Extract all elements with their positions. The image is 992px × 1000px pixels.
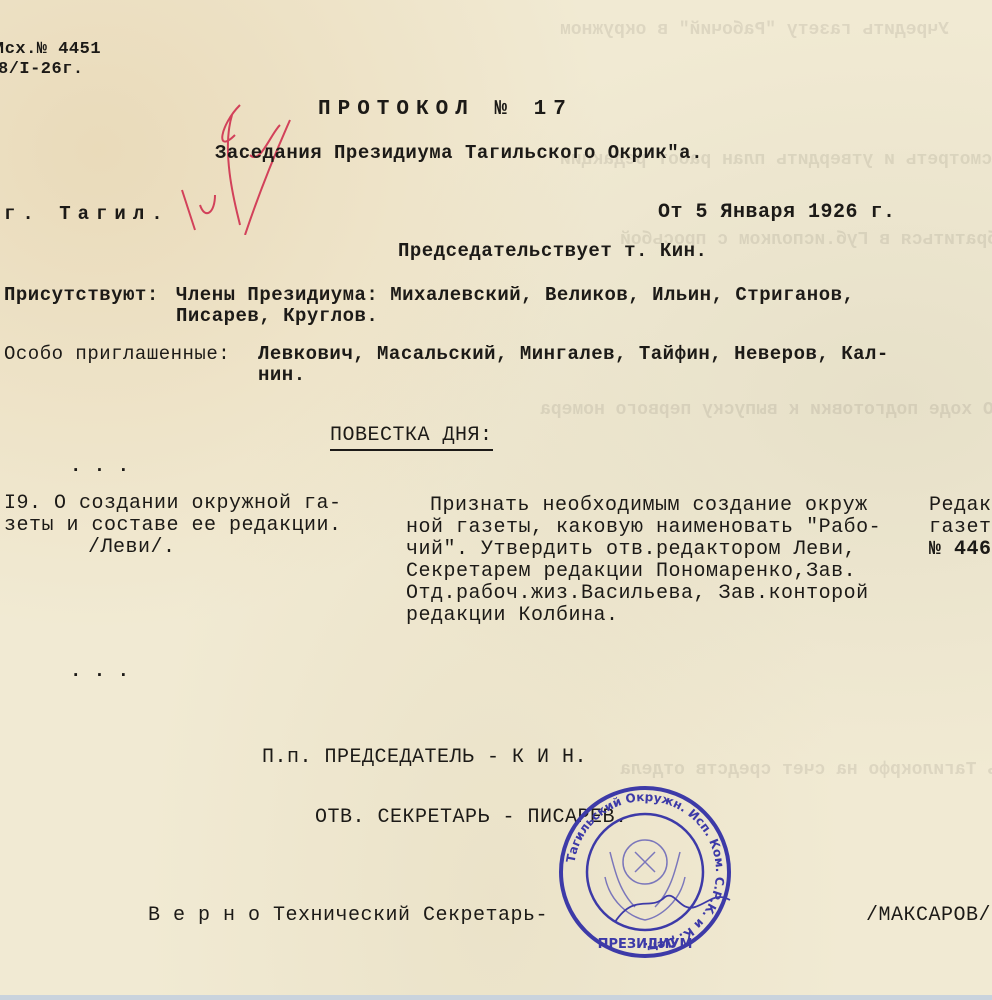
invited-label: Особо приглашенные: — [4, 343, 230, 365]
bleed-through-text: Учредить газету "Рабочий" в окружном — [560, 20, 949, 40]
outgoing-number: Исх.№ 4451 — [0, 40, 101, 59]
resolution-line: ной газеты, каковую наименовать "Рабо- — [406, 516, 881, 539]
svg-text:ПРЕЗИДИУМ: ПРЕЗИДИУМ — [598, 937, 693, 952]
verified-label: В е р н о Технический Секретарь- — [148, 904, 548, 927]
margin-note-line: № 446 — [929, 538, 992, 561]
resolution-line: Отд.рабоч.жиз.Васильева, Зав.конторой — [406, 582, 869, 605]
margin-note-line: Редак — [929, 494, 992, 517]
outgoing-date: 8/I-26г. — [0, 60, 84, 79]
present-members-line1: Члены Президиума: Михалевский, Великов, … — [176, 284, 854, 306]
chairperson-line: Председательствует т. Кин. — [398, 240, 707, 262]
ellipsis-top: . . . — [70, 455, 130, 477]
red-pencil-mark-icon — [160, 95, 320, 235]
ellipsis-bottom: . . . — [70, 660, 130, 682]
present-label: Присутствуют: — [4, 284, 159, 306]
resolution-line: Признать необходимым создание окруж — [430, 494, 868, 517]
official-stamp-icon: Тагильский Окружн. Исп. Ком. С.Р.К. и К.… — [555, 782, 735, 962]
bottom-edge — [0, 995, 992, 1000]
resolution-line: редакции Колбина. — [406, 604, 619, 627]
agenda-item-title-line1: I9. О создании окружной га- — [4, 492, 342, 515]
margin-note-line: газеты — [929, 516, 992, 539]
bleed-through-text: 3. О ходе подготовки к выпуску первого н… — [540, 400, 992, 420]
agenda-item-title-line2: зеты и составе ее редакции. — [4, 514, 342, 537]
protocol-title: ПРОТОКОЛ № 17 — [318, 98, 573, 121]
agenda-heading: ПОВЕСТКА ДНЯ: — [330, 424, 493, 451]
chair-signature: П.п. ПРЕДСЕДАТЕЛЬ - К И Н. — [262, 746, 587, 769]
resolution-line: чий". Утвердить отв.редактором Леви, — [406, 538, 856, 561]
protocol-subtitle: Заседания Президиума Тагильского Окрик"а… — [215, 142, 703, 164]
meeting-date: От 5 Января 1926 г. — [658, 201, 896, 224]
present-members-line2: Писарев, Круглов. — [176, 305, 378, 327]
city: г. Тагил. — [4, 203, 170, 225]
technical-secretary-name: /МАКСАРОВ/ — [866, 904, 991, 927]
invited-guests-line2: нин. — [258, 364, 306, 386]
invited-guests-line1: Левкович, Масальский, Мингалев, Тайфин, … — [258, 343, 889, 365]
agenda-item-speaker: /Леви/. — [88, 536, 176, 559]
bleed-through-text: поручить Тагилокрфо на счет средств отде… — [620, 760, 992, 780]
resolution-line: Секретарем редакции Пономаренко,Зав. — [406, 560, 856, 583]
